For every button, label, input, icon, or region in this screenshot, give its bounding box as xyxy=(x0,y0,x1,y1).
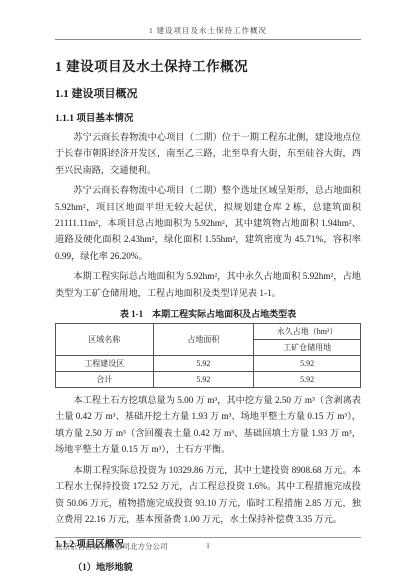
paragraph-investment: 本期工程实际总投资为 10329.86 万元，其中土建投资 8908.68 万元… xyxy=(55,462,361,528)
table-header-row-1: 区域名称 占地面积 永久占地（hm²） xyxy=(56,324,361,340)
paragraph-earthwork: 本工程土石方挖填总量为 5.00 万 m³，其中挖方量 2.50 万 m³（含剥… xyxy=(55,392,361,458)
paragraph-land-occupation: 本期工程实际总占地面积为 5.92hm²，其中永久占地面积 5.92hm²，占地… xyxy=(55,268,361,301)
page-content: 1 建设项目及水土保持工作概况 1 建设项目及水土保持工作概况 1.1 建设项目… xyxy=(55,0,361,573)
running-header-title: 1 建设项目及水土保持工作概况 xyxy=(149,26,267,35)
heading-section: 1.1 建设项目概况 xyxy=(55,85,361,101)
page-footer: 北京京咨咨询有限公司北方分公司 1 xyxy=(55,537,361,552)
table-header-region: 区域名称 xyxy=(56,324,154,356)
paragraph-site-overview: 苏宁云商长春物流中心项目（二期）整个选址区域呈矩形，总占地面积 5.92hm²，… xyxy=(55,182,361,264)
footer-page-number: 1 xyxy=(206,541,210,550)
table-row-construction-zone: 工程建设区 5.92 5.92 xyxy=(56,356,361,372)
table-header-permanent-sub: 工矿仓储用地 xyxy=(254,340,361,356)
footer-company-name: 北京京咨咨询有限公司北方分公司 xyxy=(55,542,168,551)
table-cell-area: 5.92 xyxy=(153,372,254,388)
table-row-total: 合计 5.92 5.92 xyxy=(56,372,361,388)
heading-subsection-basic-info: 1.1.1 项目基本情况 xyxy=(55,110,361,124)
land-occupation-table: 区域名称 占地面积 永久占地（hm²） 工矿仓储用地 工程建设区 5.92 5.… xyxy=(55,323,361,388)
table-caption: 表 1-1 本期工程实际占地面积及占地类型表 xyxy=(55,307,361,320)
table-cell-area: 5.92 xyxy=(153,356,254,372)
table-cell-region-name: 工程建设区 xyxy=(56,356,154,372)
table-header-permanent: 永久占地（hm²） xyxy=(254,324,361,340)
heading-chapter: 1 建设项目及水土保持工作概况 xyxy=(55,55,361,75)
paragraph-project-location: 苏宁云商长春物流中心项目（二期）位于一期工程东北侧，建设地点位于长春市朝阳经济开… xyxy=(55,129,361,178)
document-page: 1 建设项目及水土保持工作概况 1 建设项目及水土保持工作概况 1.1 建设项目… xyxy=(0,0,413,584)
heading-item-terrain: （1）地形地貌 xyxy=(55,559,361,573)
table-header-area: 占地面积 xyxy=(153,324,254,356)
table-cell-permanent: 5.92 xyxy=(254,356,361,372)
table-cell-permanent: 5.92 xyxy=(254,372,361,388)
running-header: 1 建设项目及水土保持工作概况 xyxy=(55,0,361,40)
table-cell-region-name: 合计 xyxy=(56,372,154,388)
